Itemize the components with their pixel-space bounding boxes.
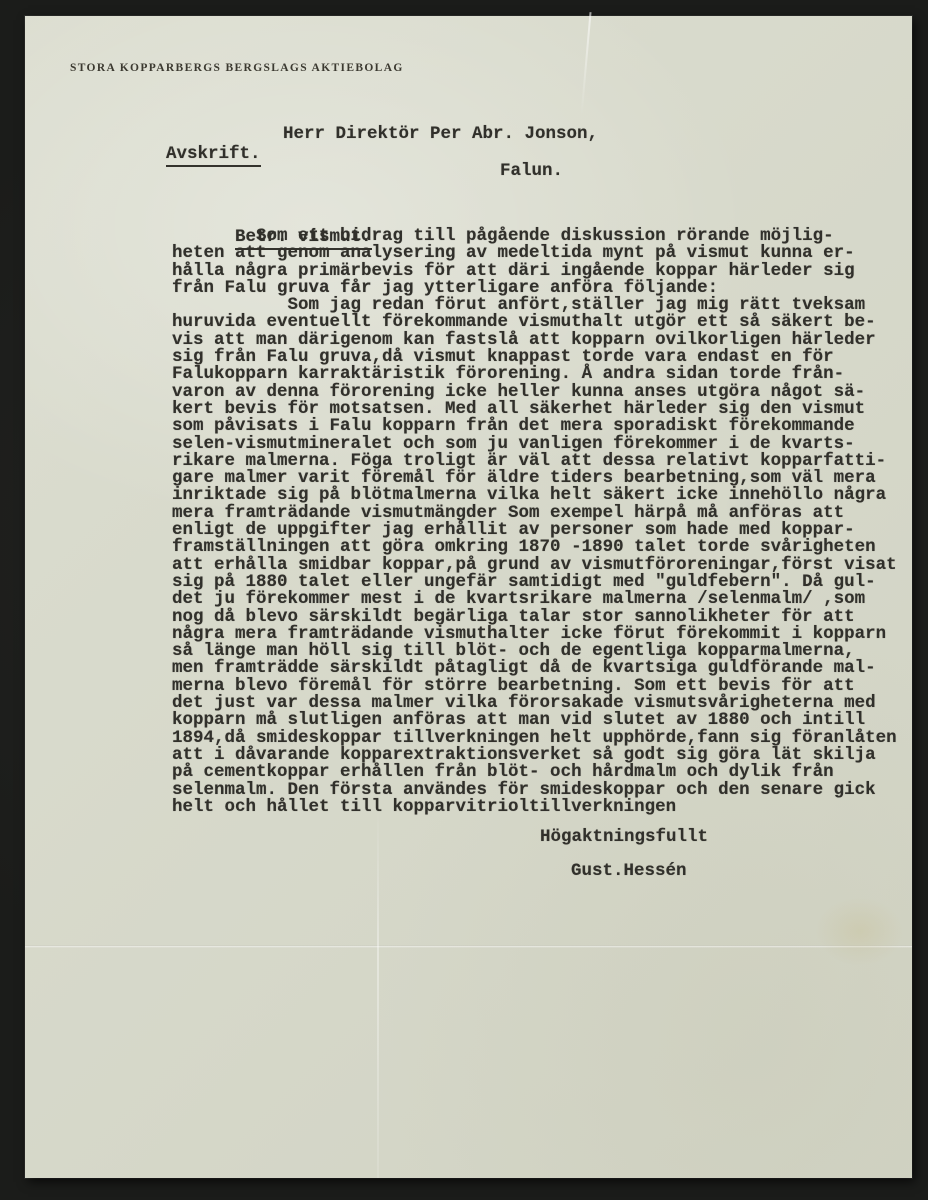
body-line: på cementkoppar erhållen från blöt- och … <box>172 764 897 781</box>
horizontal-fold-crease <box>25 945 912 948</box>
body-line: heten att genom analysering av medeltida… <box>172 245 897 262</box>
body-line: det ju förekommer mest i de kvartsrikare… <box>172 591 897 608</box>
paper-stain <box>815 896 905 966</box>
body-line: helt och hållet till kopparvitrioltillve… <box>172 799 897 816</box>
letter-body: Som ett bidrag till pågående diskussion … <box>172 228 897 816</box>
company-letterhead: STORA KOPPARBERGS BERGSLAGS AKTIEBOLAG <box>70 62 404 74</box>
recipient-name: Herr Direktör Per Abr. Jonson, <box>283 124 598 144</box>
letter-page: STORA KOPPARBERGS BERGSLAGS AKTIEBOLAG A… <box>25 16 912 1178</box>
scan-background: STORA KOPPARBERGS BERGSLAGS AKTIEBOLAG A… <box>0 0 928 1200</box>
body-line: kopparn må slutligen anföras att man vid… <box>172 712 897 729</box>
signature-name: Gust.Hessén <box>571 861 687 881</box>
copy-label: Avskrift. <box>103 124 261 187</box>
top-vertical-crease <box>580 12 591 116</box>
copy-label-text: Avskrift. <box>166 144 261 167</box>
body-line: som påvisats i Falu kopparn från det mer… <box>172 418 897 435</box>
closing-salutation: Högaktningsfullt <box>540 827 708 847</box>
bottom-vertical-crease <box>377 806 379 1178</box>
recipient-place: Falun. <box>500 161 563 181</box>
